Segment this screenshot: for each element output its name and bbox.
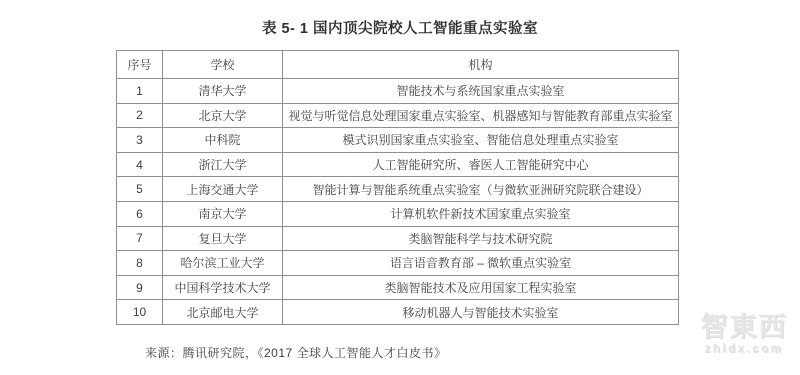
column-header-no: 序号 xyxy=(117,51,163,79)
column-header-org: 机构 xyxy=(283,51,679,79)
table-row: 2 北京大学 视觉与听觉信息处理国家重点实验室、机器感知与智能教育部重点实验室 xyxy=(117,103,679,128)
cell-no: 2 xyxy=(117,103,163,128)
page: 表 5- 1 国内顶尖院校人工智能重点实验室 序号 学校 机构 1 清华大学 智… xyxy=(0,0,800,375)
cell-school: 南京大学 xyxy=(163,201,283,226)
cell-no: 8 xyxy=(117,251,163,276)
cell-no: 6 xyxy=(117,201,163,226)
table-row: 8 哈尔滨工业大学 语言语音教育部 – 微软重点实验室 xyxy=(117,251,679,276)
cell-org: 智能计算与智能系统重点实验室（与微软亚洲研究院联合建设） xyxy=(283,177,679,202)
zhidx-watermark: 智東西 zhidx.com xyxy=(692,314,796,356)
table-row: 6 南京大学 计算机软件新技术国家重点实验室 xyxy=(117,201,679,226)
cell-no: 5 xyxy=(117,177,163,202)
table-title: 表 5- 1 国内顶尖院校人工智能重点实验室 xyxy=(0,17,800,38)
cell-no: 4 xyxy=(117,152,163,177)
cell-org: 类脑智能科学与技术研究院 xyxy=(283,226,679,251)
cell-no: 10 xyxy=(117,300,163,325)
cell-school: 浙江大学 xyxy=(163,152,283,177)
table-row: 4 浙江大学 人工智能研究所、睿医人工智能研究中心 xyxy=(117,152,679,177)
cell-school: 哈尔滨工业大学 xyxy=(163,251,283,276)
table-row: 1 清华大学 智能技术与系统国家重点实验室 xyxy=(117,79,679,104)
cell-school: 清华大学 xyxy=(163,79,283,104)
cell-school: 北京大学 xyxy=(163,103,283,128)
cell-no: 7 xyxy=(117,226,163,251)
cell-no: 9 xyxy=(117,275,163,300)
cell-org: 智能技术与系统国家重点实验室 xyxy=(283,79,679,104)
column-header-school: 学校 xyxy=(163,51,283,79)
cell-org: 类脑智能技术及应用国家工程实验室 xyxy=(283,275,679,300)
table-row: 10 北京邮电大学 移动机器人与智能技术实验室 xyxy=(117,300,679,325)
zhidx-logo: 智東西 xyxy=(692,314,796,341)
cell-org: 模式识别国家重点实验室、智能信息处理重点实验室 xyxy=(283,128,679,153)
cell-org: 计算机软件新技术国家重点实验室 xyxy=(283,201,679,226)
zhidx-url: zhidx.com xyxy=(692,344,796,356)
cell-school: 中国科学技术大学 xyxy=(163,275,283,300)
table-row: 7 复旦大学 类脑智能科学与技术研究院 xyxy=(117,226,679,251)
table-row: 9 中国科学技术大学 类脑智能技术及应用国家工程实验室 xyxy=(117,275,679,300)
table-row: 5 上海交通大学 智能计算与智能系统重点实验室（与微软亚洲研究院联合建设） xyxy=(117,177,679,202)
cell-school: 北京邮电大学 xyxy=(163,300,283,325)
cell-school: 上海交通大学 xyxy=(163,177,283,202)
cell-org: 移动机器人与智能技术实验室 xyxy=(283,300,679,325)
cell-school: 中科院 xyxy=(163,128,283,153)
table-row: 3 中科院 模式识别国家重点实验室、智能信息处理重点实验室 xyxy=(117,128,679,153)
labs-table: 序号 学校 机构 1 清华大学 智能技术与系统国家重点实验室 2 北京大学 视觉… xyxy=(116,50,679,325)
table-header-row: 序号 学校 机构 xyxy=(117,51,679,79)
source-note: 来源：腾讯研究院，《2017 全球人工智能人才白皮书》 xyxy=(145,344,447,361)
cell-org: 视觉与听觉信息处理国家重点实验室、机器感知与智能教育部重点实验室 xyxy=(283,103,679,128)
cell-no: 1 xyxy=(117,79,163,104)
cell-org: 人工智能研究所、睿医人工智能研究中心 xyxy=(283,152,679,177)
cell-school: 复旦大学 xyxy=(163,226,283,251)
cell-no: 3 xyxy=(117,128,163,153)
cell-org: 语言语音教育部 – 微软重点实验室 xyxy=(283,251,679,276)
